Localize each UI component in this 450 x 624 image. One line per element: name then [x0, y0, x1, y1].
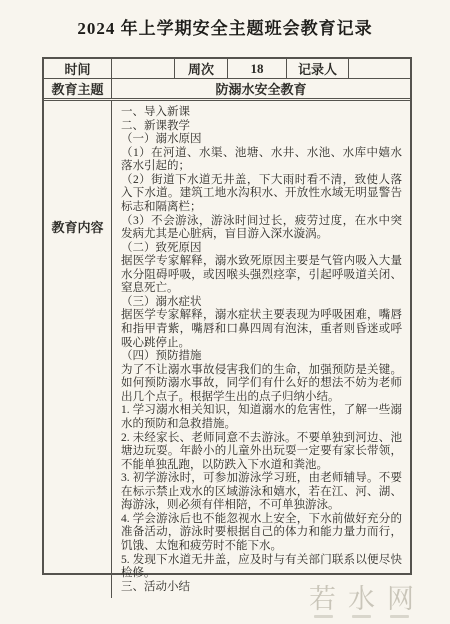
content-paragraph: （四）预防措施 [121, 350, 402, 364]
content-paragraph: 4. 学会游泳后也不能忽视水上安全，下水前做好充分的准备活动，游泳时要根据自己的… [121, 513, 402, 554]
content-paragraph: 2. 未经家长、老师同意不去游泳。不要单独到河边、池塘边玩耍。年龄小的儿童外出玩… [121, 432, 402, 473]
content-paragraph: （3）不会游泳，游泳时间过长，疲劳过度，在水中突发病尤其是心脏病，盲目游入深水漩… [121, 215, 402, 242]
page-title: 2024 年上学期安全主题班会教育记录 [0, 14, 450, 39]
watermark-mark [352, 615, 371, 618]
content-body: 一、导入新课二、新课教学（一）溺水原因（1）在河道、水渠、池塘、水井、水池、水库… [112, 101, 410, 598]
time-value-cell [112, 59, 175, 78]
recorder-label: 记录人 [287, 59, 349, 78]
record-table: 时间 周次 18 记录人 教育主题 防溺水安全教育 教育内容 一、导入新课二、新… [42, 57, 412, 575]
content-paragraph: 据医学专家解释，溺水致死原因主要是气管内吸入大量水分阻碍呼吸，或因喉头强烈痉挛，… [121, 255, 402, 296]
time-label: 时间 [44, 59, 112, 78]
watermark-mark [390, 615, 409, 618]
content-paragraph: （二）致死原因 [121, 242, 402, 256]
watermark: 若水网 [309, 586, 414, 618]
content-label: 教育内容 [44, 101, 112, 598]
week-label: 周次 [175, 59, 228, 78]
recorder-value-cell [349, 59, 410, 78]
content-paragraph: （三）溺水症状 [121, 296, 402, 310]
document-page: 2024 年上学期安全主题班会教育记录 时间 周次 18 记录人 教育主题 防溺… [0, 0, 450, 624]
content-paragraph: （一）溺水原因 [121, 133, 402, 147]
content-row: 教育内容 一、导入新课二、新课教学（一）溺水原因（1）在河道、水渠、池塘、水井、… [44, 101, 410, 598]
table-header-row: 时间 周次 18 记录人 [44, 59, 410, 79]
content-paragraph: 二、新课教学 [121, 120, 402, 134]
content-paragraph: 为了不让溺水事故侵害我们的生命，加强预防是关键。如何预防溺水事故，同学们有什么好… [121, 364, 402, 405]
theme-value: 防溺水安全教育 [112, 79, 410, 98]
content-paragraph: 3. 初学游泳时，可参加游泳学习班，由老师辅导。不要在标示禁止戏水的区域游泳和嬉… [121, 472, 402, 513]
theme-row: 教育主题 防溺水安全教育 [44, 79, 410, 101]
content-paragraph: （1）在河道、水渠、池塘、水井、水池、水库中嬉水落水引起的； [121, 147, 402, 174]
content-paragraph: 1. 学习溺水相关知识，知道溺水的危害性，了解一些溺水的预防和急救措施。 [121, 404, 402, 431]
week-value: 18 [228, 59, 287, 78]
watermark-mark [314, 615, 333, 618]
content-paragraph: 5. 发现下水道无井盖，应及时与有关部门联系以便尽快检修。 [121, 554, 402, 581]
watermark-subtext-marks [309, 615, 414, 618]
content-paragraph: 据医学专家解释，溺水症状主要表现为呼吸困难，嘴唇和指甲青紫，嘴唇和口鼻四周有泡沫… [121, 309, 402, 350]
content-paragraph: 一、导入新课 [121, 106, 402, 120]
theme-label: 教育主题 [44, 79, 112, 98]
watermark-text: 若水网 [309, 586, 426, 613]
content-paragraph: （2）街道下水道无井盖，下大雨时看不清，致使人落入下水道。建筑工地水沟积水、开放… [121, 174, 402, 215]
